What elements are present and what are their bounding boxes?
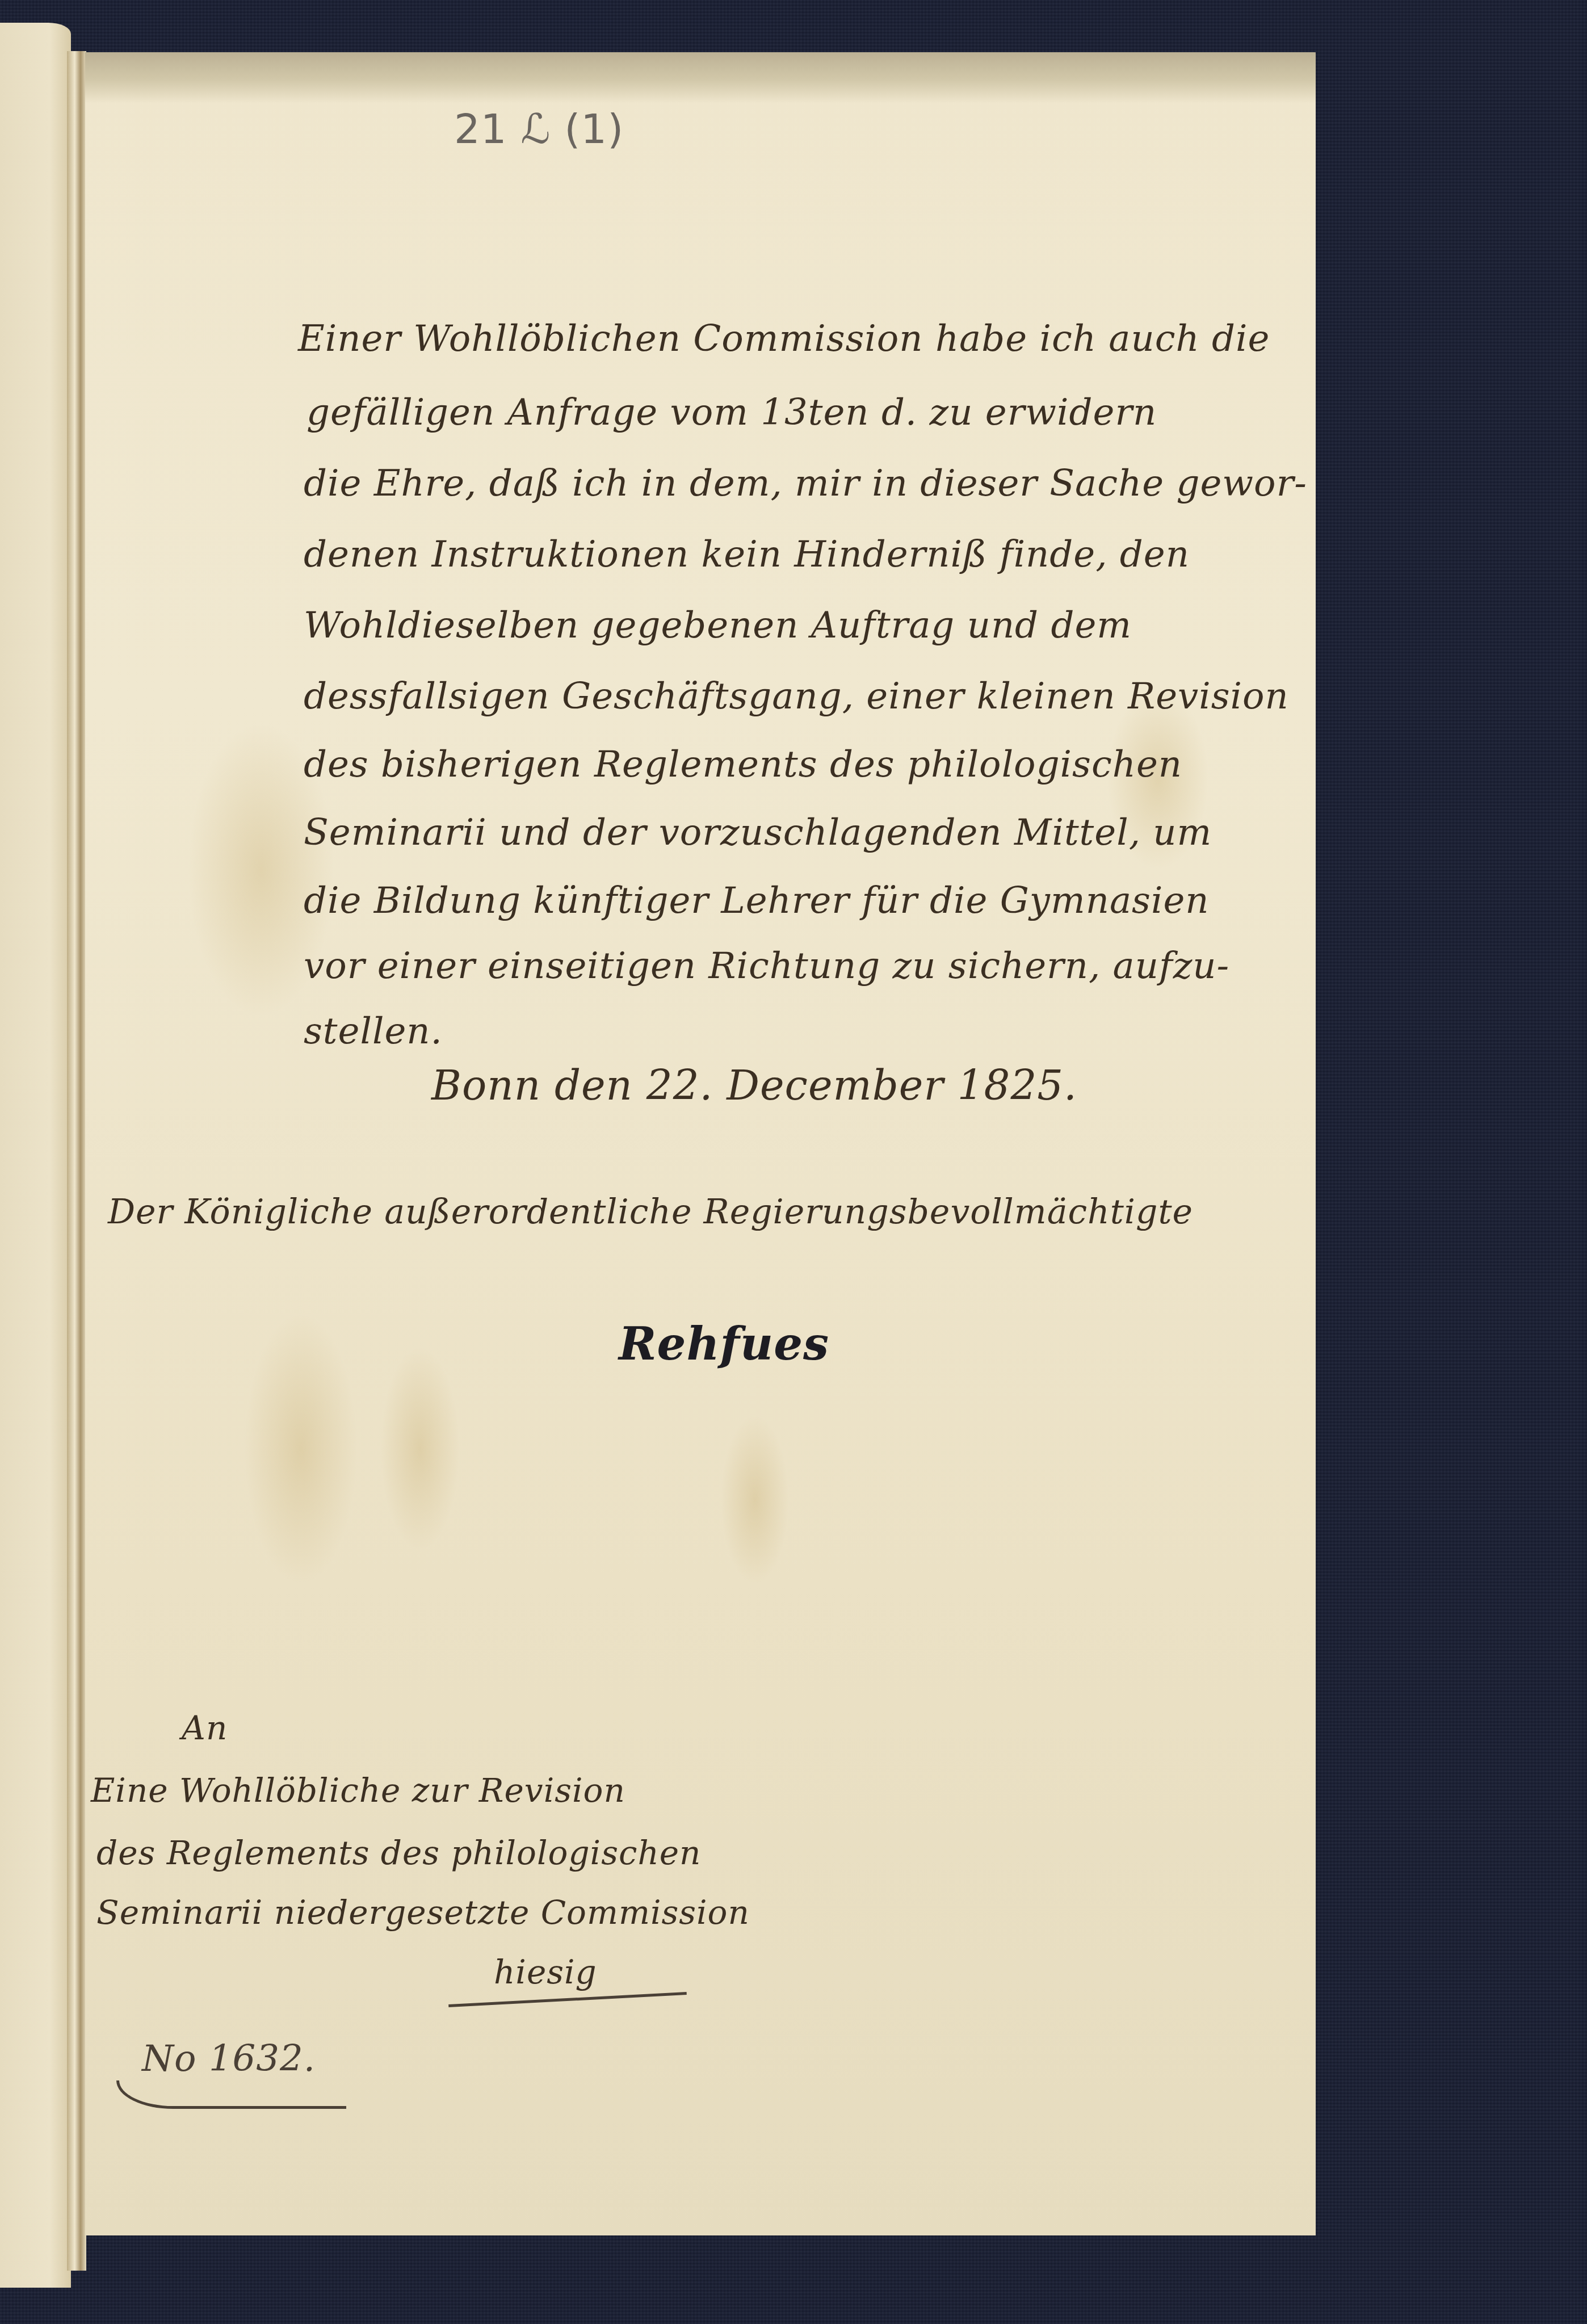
body-line: Seminarii und der vorzuschlagenden Mitte…: [304, 812, 1212, 854]
top-edge-stain: [85, 52, 1316, 103]
body-line: die Bildung künftiger Lehrer für die Gym…: [304, 880, 1209, 922]
body-line: Wohldieselben gegebenen Auftrag und dem: [304, 605, 1132, 647]
water-stain: [244, 1312, 358, 1585]
address-line: des Reglements des philologischen: [96, 1834, 701, 1872]
address-location: hiesig: [494, 1953, 597, 1991]
body-line: des bisherigen Reglements des philologis…: [304, 744, 1182, 786]
body-line: Einer Wohllöblichen Commission habe ich …: [298, 318, 1270, 360]
water-stain: [721, 1415, 789, 1585]
reference-number: No 1632.: [142, 2038, 316, 2080]
left-page-edge: [0, 23, 71, 2288]
address-line: An: [182, 1709, 228, 1747]
book-spine-gutter: [67, 51, 86, 2271]
body-line: dessfallsigen Geschäftsgang, einer klein…: [304, 676, 1289, 718]
body-line: die Ehre, daß ich in dem, mir in dieser …: [304, 463, 1307, 505]
body-line: stellen.: [304, 1010, 443, 1052]
address-line: Seminarii niedergesetzte Commission: [96, 1893, 750, 1932]
folio-mark: 21 ℒ (1): [454, 105, 624, 153]
body-line: gefälligen Anfrage vom 13ten d. zu erwid…: [307, 392, 1157, 434]
address-line: Eine Wohllöbliche zur Revision: [91, 1771, 625, 1810]
body-line: denen Instruktionen kein Hinderniß finde…: [304, 534, 1190, 576]
signature: Rehfues: [619, 1317, 829, 1370]
water-stain: [380, 1346, 460, 1551]
reference-flourish: [116, 2080, 346, 2109]
closing-title: Der Königliche außerordentliche Regierun…: [108, 1192, 1193, 1232]
date-line: Bonn den 22. December 1825.: [431, 1062, 1077, 1109]
body-line: vor einer einseitigen Richtung zu sicher…: [304, 945, 1229, 987]
